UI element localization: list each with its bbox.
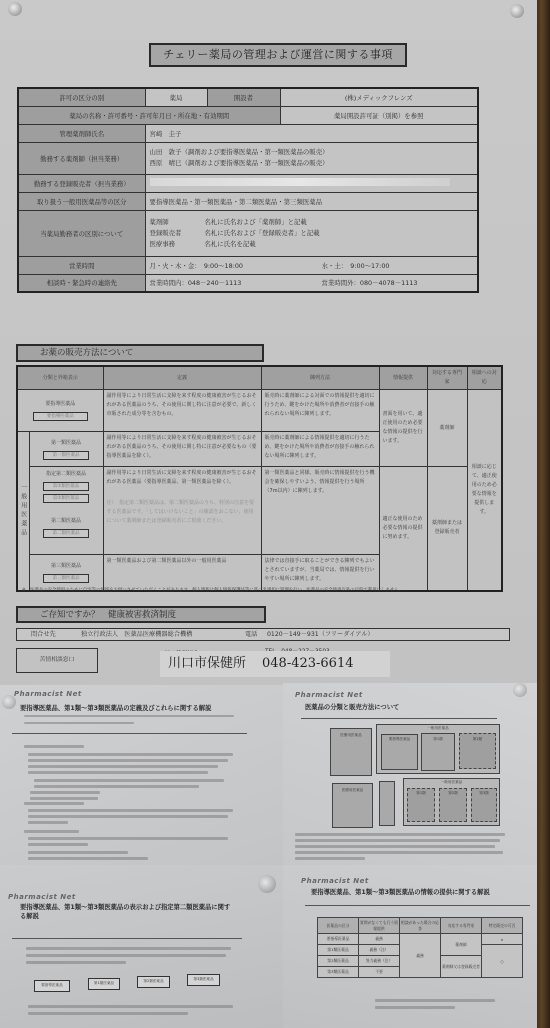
- definition-cell: 副作用等により日常生活に支障を来す程度の健康被害が生じるおそれがある医薬品（要指…: [103, 467, 261, 555]
- text-line: [24, 722, 134, 724]
- label-tag: 第②類医薬品: [43, 482, 90, 491]
- relief-section-title: ご存知ですか？ 健康被害救済制度: [16, 606, 266, 623]
- display-cell: 販売時に薬剤師による対面での情報提供を適切に行うため、鍵をかけた場所や消費者が直…: [261, 390, 379, 432]
- text-line: [28, 843, 88, 846]
- expert-top: 薬剤師: [427, 390, 467, 467]
- leaflet-title: 要指導医薬品、第1類～第3類医薬品の定義及びこれらに関する解説: [20, 703, 211, 712]
- mini-cell: 第2類医薬品: [318, 956, 359, 967]
- text-line: [28, 809, 233, 812]
- text-line: [28, 1012, 188, 1015]
- staff-role-entry: 薬剤師名札に氏名および「薬剤師」と記載: [150, 217, 474, 228]
- pharmacy-info-table: 許可の区分の別 薬局 開設者 (株)メディックフレンズ 薬局の名称・許可番号・許…: [17, 87, 479, 293]
- pharmacists-label: 勤務する薬剤師（担当業務）: [18, 142, 145, 174]
- divider: [305, 905, 530, 906]
- text-line: [28, 771, 208, 774]
- mini-cell: 不要: [359, 967, 400, 978]
- consultation-cell: 相談に応じて、適正使用のため必要な情報を提供します。: [467, 390, 502, 591]
- mini-header: 対応する専門家: [441, 918, 482, 934]
- diagram-class-dashed: 第1類: [407, 788, 435, 822]
- mini-cell: 第3類医薬品: [318, 967, 359, 978]
- health-center-label: 川口市保健所: [168, 651, 246, 677]
- text-line: [34, 785, 199, 788]
- contact-value: 営業時間内：048－240－1113 営業時間外：080－4078－1113: [145, 274, 478, 292]
- redacted-area: [150, 178, 450, 186]
- registered-sellers-value: [145, 174, 478, 192]
- mini-cell: 義務: [359, 934, 400, 945]
- staff-distinction-list: 薬剤師名札に氏名および「薬剤師」と記載 登録販売者名札に氏名および「登録販売者」…: [145, 210, 478, 256]
- info-provision-top: 書面を用いて、適正使用のため必要な情報の提供を行います。: [379, 390, 427, 467]
- diagram-class-dashed: 第2類: [439, 788, 467, 822]
- text-line: [26, 947, 231, 950]
- diagram-rx-box: 医療用医薬品: [330, 728, 372, 776]
- wood-frame: [536, 0, 550, 1028]
- text-line: [28, 821, 68, 824]
- mini-header: 医薬品の区分: [318, 918, 359, 934]
- health-center-tel: 048-423-6614: [262, 651, 354, 677]
- text-line: [28, 815, 228, 818]
- hours-wed-sat: 水・土： 9:00～17:00: [322, 262, 390, 270]
- pin-icon: [510, 4, 524, 18]
- text-line: [295, 839, 500, 842]
- leaflet-brand: Pharmacist Net: [295, 691, 363, 699]
- pin-icon: [513, 683, 527, 697]
- leaflet-title: 要指導医薬品、第1類～第3類医薬品の情報の提供に関する解説: [311, 887, 490, 896]
- label-tag: 第②類医薬品: [43, 494, 90, 503]
- leaflet-title: 要指導医薬品、第1類～第3類医薬品の表示および指定第二類医薬品に関する解説: [20, 903, 235, 921]
- phone-label: 電話: [245, 629, 257, 640]
- text-line: [375, 1006, 455, 1009]
- mini-cell: 薬剤師又は登録販売者: [441, 956, 482, 978]
- mini-cell: 薬剤師: [441, 934, 482, 956]
- leaflet-brand: Pharmacist Net: [301, 877, 369, 885]
- display-cell: 第一類医薬品と同様、販売時に情報提供を行う機会を確保しやすいよう、情報提供を行う…: [261, 467, 379, 555]
- staff-distinction-label: 当薬局勤務者の区別について: [18, 210, 145, 256]
- header-info: 情報提供: [379, 366, 427, 390]
- label-sample: 第1類医薬品: [88, 978, 120, 990]
- display-cell: 法律では直接手に取ることができる陳列でもよいとされていますが、当薬局では、情報提…: [261, 555, 379, 591]
- pharmacy-info-label: 薬局の名称・許可番号・許可年月日・所在地・有効期間: [18, 106, 280, 124]
- header-consult: 相談への対応: [467, 366, 502, 390]
- leaflet-definitions: Pharmacist Net 要指導医薬品、第1類～第3類医薬品の定義及びこれら…: [0, 685, 283, 865]
- mini-cell: 義務（注）: [359, 945, 400, 956]
- staff-role-entry: 登録販売者名札に氏名および「登録販売者」と記載: [150, 228, 474, 239]
- mini-cell: 第1類医薬品: [318, 945, 359, 956]
- contact-after-hours: 営業時間外：080－4078－1113: [322, 279, 418, 287]
- category-class3: 第三類医薬品 第三類医薬品: [29, 555, 103, 591]
- hours-weekday: 月・火・木・金： 9:00～18:00: [150, 261, 320, 270]
- label-tag: 第一類医薬品: [43, 451, 90, 460]
- sales-section-title: お薬の販売方法について: [16, 344, 264, 362]
- category-designated-class2: 指定第二類医薬品 第②類医薬品 第②類医薬品 第二類医薬品 第二類医薬品: [29, 467, 103, 555]
- leaflet-title: 医薬品の分類と販売方法について: [305, 702, 399, 711]
- complaint-desk-label: 苦情相談窓口: [16, 648, 98, 673]
- mini-header: 相談があった場合の応答: [400, 918, 441, 934]
- text-line: [30, 797, 98, 800]
- text-line: [30, 791, 100, 794]
- contact-in-hours: 営業時間内：048－240－1113: [150, 278, 320, 287]
- staff-role-entry: 医療事務名札に氏名を記載: [150, 239, 474, 250]
- text-line: [295, 833, 505, 836]
- notice-title: チェリー薬局の管理および運営に関する事項: [149, 43, 407, 67]
- text-line: [375, 999, 495, 1002]
- mini-cell: ×: [482, 934, 523, 945]
- license-type-value: 薬局: [145, 88, 207, 106]
- health-center-sticker: 川口市保健所 048-423-6614: [160, 651, 390, 677]
- divider: [301, 718, 497, 719]
- mini-header: 特定販売の可否: [482, 918, 523, 934]
- leaflet-info-provision: Pharmacist Net 要指導医薬品、第1類～第3類医薬品の情報の提供に関…: [283, 865, 537, 1028]
- leaflet-brand: Pharmacist Net: [8, 893, 76, 901]
- header-display: 陳列方法: [261, 366, 379, 390]
- pin-icon: [258, 875, 276, 893]
- designated-note: 注） 指定第二類医薬品は、第二類医薬品のうち、特別の注意を要する医薬品です。「し…: [107, 499, 258, 526]
- hours-value: 月・火・木・金： 9:00～18:00 水・土： 9:00～17:00: [145, 256, 478, 274]
- divider: [12, 938, 242, 939]
- expert-bottom: 薬剤師または登録販売者: [427, 467, 467, 591]
- text-line: [26, 954, 226, 957]
- header-expert: 対応する専門家: [427, 366, 467, 390]
- license-type-label: 許可の区分の別: [18, 88, 145, 106]
- definition-cell: 副作用等により日常生活に支障を来す程度の健康被害が生じるおそれがある医薬品のうち…: [103, 432, 261, 467]
- text-line: [28, 753, 233, 756]
- diagram-class1-box: 第1類: [421, 733, 455, 771]
- text-line: [24, 745, 84, 748]
- label-sample: 第3類医薬品: [187, 974, 220, 986]
- mini-cell: 義務: [400, 934, 441, 978]
- category-guidance: 要指導医薬品 要指導医薬品: [17, 390, 103, 432]
- pharmacists-list: 山田 敦子（調剤および要指導医薬品・第一類医薬品の販売） 西原 晴巳（調剤および…: [145, 142, 478, 174]
- pin-icon: [8, 2, 22, 16]
- mini-cell: 努力義務（注）: [359, 956, 400, 967]
- text-line: [24, 830, 79, 833]
- otc-categories-label: 取り扱う一般用医薬品等の区分: [18, 192, 145, 210]
- info-provision-bottom: 適正な使用のため必要な情報の提供に努めます。: [379, 467, 427, 591]
- pharmacy-info-value: 薬局開設許可証（別掲）を参照: [280, 106, 478, 124]
- text-line: [24, 715, 234, 717]
- header-definition: 定義: [103, 366, 261, 390]
- diagram-guidance-lower: [379, 781, 395, 826]
- divider: [12, 733, 247, 734]
- info-provision-table: 医薬品の区分 質問がなくても行う情報提供 相談があった場合の応答 対応する専門家…: [317, 917, 523, 978]
- display-cell: 販売時に薬剤師による情報提供を適切に行うため、鍵をかけた場所や消費者が直接手の触…: [261, 432, 379, 467]
- diagram-guidance-box: 要指導医薬品: [381, 734, 418, 770]
- pharmacist-entry: 山田 敦子（調剤および要指導医薬品・第一類医薬品の販売）: [150, 147, 474, 158]
- diagram-class-dashed: 第2類: [459, 733, 496, 769]
- text-line: [34, 779, 224, 782]
- label-tag: 第二類医薬品: [43, 529, 90, 538]
- text-line: [28, 857, 148, 860]
- contact-label: 問合せ先: [31, 629, 56, 640]
- diagram-rx-box-lower: 医療用医薬品: [332, 783, 373, 828]
- leaflet-classification: Pharmacist Net 医薬品の分類と販売方法について 医療用医薬品 一般…: [283, 683, 537, 865]
- founder-value: (株)メディックフレンズ: [280, 88, 478, 106]
- mini-header: 質問がなくても行う情報提供: [359, 918, 400, 934]
- leaflet-labeling: Pharmacist Net 要指導医薬品、第1類～第3類医薬品の表示および指定…: [0, 865, 283, 1028]
- general-otc-label: 一般用医薬品: [17, 432, 29, 591]
- header-category: 分類と外箱表示: [17, 366, 103, 390]
- text-line: [295, 857, 365, 860]
- pharmacist-entry: 西原 晴巳（調剤および要指導医薬品・第一類医薬品の販売）: [150, 158, 474, 169]
- phone-value: 0120－149－931（フリーダイアル）: [267, 629, 374, 640]
- manager-label: 管理薬剤師氏名: [18, 124, 145, 142]
- label-tag: 要指導医薬品: [33, 412, 88, 421]
- text-line: [28, 837, 228, 840]
- text-line: [24, 802, 84, 805]
- sales-method-table: 分類と外箱表示 定義 陳列方法 情報提供 対応する専門家 相談への対応 要指導医…: [16, 365, 503, 592]
- mini-cell: ○: [482, 945, 523, 978]
- privacy-footnote: ※ 医薬品の安全使用のために自宅等の情報をお伺いさせていただくことがあります。個…: [22, 587, 403, 593]
- text-line: [28, 765, 218, 768]
- category-class1: 第一類医薬品 第一類医薬品: [29, 432, 103, 467]
- contact-label: 相談時・緊急時の連絡先: [18, 274, 145, 292]
- otc-categories-value: 要指導医薬品・第一類医薬品・第二類医薬品・第三類医薬品: [145, 192, 478, 210]
- mini-cell: 要指導医薬品: [318, 934, 359, 945]
- text-line: [28, 1005, 233, 1008]
- relief-contact-row: 問合せ先 独立行政法人 医薬品医療機器総合機構 電話 0120－149－931（…: [16, 628, 510, 641]
- diagram-class-dashed: 第3類: [471, 788, 497, 822]
- text-line: [295, 851, 503, 854]
- text-line: [26, 961, 126, 964]
- definition-cell: 副作用等により日常生活に支障を来す程度の健康被害が生じるおそれがある医薬品のうち…: [103, 390, 261, 432]
- definition-cell: 第一類医薬品および第二類医薬品以外の一般用医薬品: [103, 555, 261, 591]
- hours-label: 営業時間: [18, 256, 145, 274]
- registered-sellers-label: 勤務する登録販売者（担当業務）: [18, 174, 145, 192]
- text-line: [28, 759, 228, 762]
- text-line: [295, 845, 495, 848]
- leaflet-brand: Pharmacist Net: [14, 690, 82, 698]
- text-line: [28, 851, 128, 854]
- manager-value: 宮崎 圭子: [145, 124, 478, 142]
- contact-org: 独立行政法人 医薬品医療機器総合機構: [81, 629, 192, 640]
- label-tag: 第三類医薬品: [43, 574, 90, 583]
- label-sample: 要指導医薬品: [34, 980, 70, 992]
- founder-label: 開設者: [207, 88, 280, 106]
- notice-sheet: チェリー薬局の管理および運営に関する事項 許可の区分の別 薬局 開設者 (株)メ…: [0, 0, 537, 685]
- label-sample: 第2類医薬品: [137, 976, 170, 988]
